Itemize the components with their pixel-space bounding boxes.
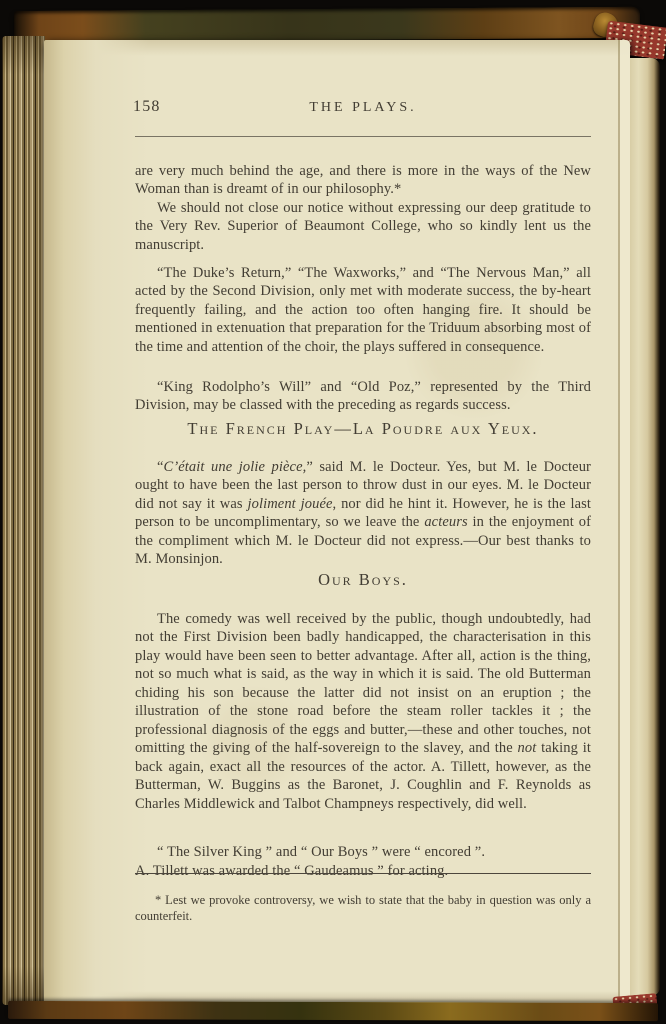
- text-run-italic: not: [518, 740, 537, 756]
- section-heading-our-boys: Our Boys.: [135, 570, 591, 590]
- paragraph-gratitude: We should not close our notice without e…: [135, 199, 591, 255]
- book-cover-bottom-edge: [8, 1001, 658, 1021]
- page-edges-fan-left: [2, 36, 45, 1005]
- footnote: * Lest we provoke controversy, we wish t…: [135, 892, 591, 925]
- paragraph-french-play: “C’était une jolie pièce,” said M. le Do…: [135, 458, 591, 569]
- text-run-italic: C’était une jolie pièce,: [164, 459, 307, 475]
- paragraph-gaudeamus: A. Tillett was awarded the “ Gaudeamus ”…: [135, 862, 591, 881]
- paragraph-second-division: “The Duke’s Return,” “The Waxworks,” and…: [135, 264, 591, 357]
- running-header-title: THE PLAYS.: [135, 98, 591, 116]
- paragraph-continuation: are very much behind the age, and there …: [135, 162, 591, 199]
- header-rule: [135, 136, 591, 137]
- paragraph-encored: “ The Silver King ” and “ Our Boys ” wer…: [135, 843, 591, 862]
- running-head: 158 THE PLAYS.: [135, 98, 591, 118]
- text-run-italic: acteurs: [424, 514, 467, 530]
- text-run: The comedy was well received by the publ…: [135, 611, 591, 757]
- section-heading-french-play: The French Play—La Poudre aux Yeux.: [135, 419, 591, 439]
- footnote-separator: [135, 873, 591, 874]
- paragraph-third-division: “King Rodolpho’s Will” and “Old Poz,” re…: [135, 378, 591, 415]
- text-run-italic: joliment jouée: [247, 496, 332, 512]
- paragraph-our-boys: The comedy was well received by the publ…: [135, 610, 591, 814]
- book-cover-top-edge: [14, 7, 640, 42]
- page-number: 158: [133, 98, 161, 116]
- fore-edge-right: [630, 58, 660, 996]
- book-photo: 158 THE PLAYS. are very much behind the …: [0, 0, 666, 1024]
